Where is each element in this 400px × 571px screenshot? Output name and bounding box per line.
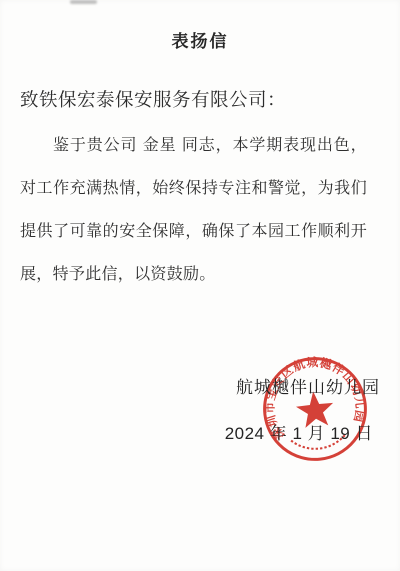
signature-organization: 航城樾伴山幼儿园 (236, 373, 380, 398)
letter-title: 表扬信 (0, 27, 400, 52)
letter-body-paragraph: 鉴于贵公司 金星 同志，本学期表现出色，对工作充满热情，始终保持专注和警觉，为我… (20, 124, 367, 296)
signature-date: 2024 年 1 月 19 日 (225, 419, 373, 444)
letter-page: 表扬信 致铁保宏泰保安服务有限公司： 鉴于贵公司 金星 同志，本学期表现出色，对… (0, 0, 400, 571)
scan-artifact (70, 0, 97, 4)
official-seal-stamp: 深圳市宝安区航城樾伴山幼儿园 (253, 347, 376, 470)
salutation-line: 致铁保宏泰保安服务有限公司： (20, 86, 286, 112)
